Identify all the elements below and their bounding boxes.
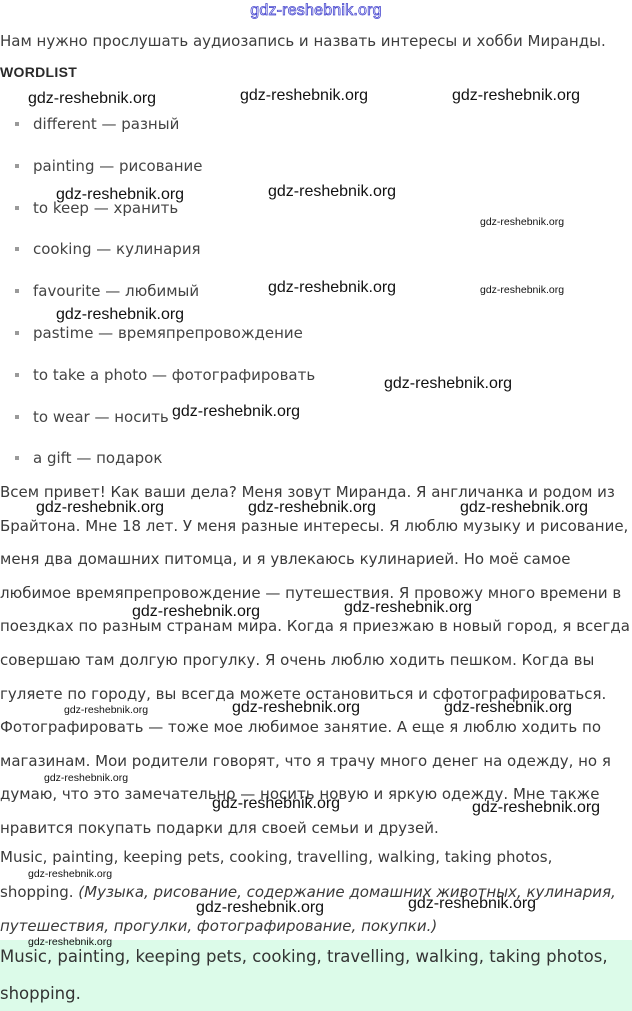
watermark-text: gdz-reshebnik.org (268, 183, 396, 201)
watermark-text: gdz-reshebnik.org (196, 899, 324, 917)
bullet-icon (15, 415, 19, 419)
list-item: cooking — кулинария (0, 238, 315, 280)
answer-box-line: shopping. (0, 984, 81, 1003)
watermark-text: gdz-reshebnik.org (28, 90, 156, 108)
watermark-text: gdz-reshebnik.org (64, 704, 148, 716)
story-line: совершаю там долгую прогулку. Я очень лю… (0, 649, 632, 683)
answer-with-translation: Music, painting, keeping pets, cooking, … (0, 846, 632, 950)
bullet-icon (15, 206, 19, 210)
list-item: to take a photo — фотографировать (0, 364, 315, 406)
bullet-icon (15, 331, 19, 335)
watermark-text: gdz-reshebnik.org (212, 795, 340, 813)
bullet-icon (15, 247, 19, 251)
watermark-text: gdz-reshebnik.org (36, 499, 164, 517)
list-item: different — разный (0, 113, 315, 155)
watermark-text: gdz-reshebnik.org (28, 868, 112, 880)
wordlist-heading: WORDLIST (0, 64, 77, 80)
watermark-text: gdz-reshebnik.org (56, 306, 184, 324)
bullet-icon (15, 164, 19, 168)
story-line: Брайтона. Мне 18 лет. У меня разные инте… (0, 515, 632, 549)
watermark-text: gdz-reshebnik.org (44, 772, 128, 784)
answer-box-line: Music, painting, keeping pets, cooking, … (0, 947, 608, 966)
watermark-text: gdz-reshebnik.org (248, 499, 376, 517)
watermark-text: gdz-reshebnik.org (384, 375, 512, 393)
watermark-text: gdz-reshebnik.org (268, 279, 396, 297)
watermark-text: gdz-reshebnik.org (480, 284, 564, 296)
watermark-text: gdz-reshebnik.org (444, 699, 572, 717)
story-line: меня два домашних питомца, и я увлекаюсь… (0, 548, 632, 582)
story-line: Фотографировать — тоже мое любимое занят… (0, 716, 632, 750)
watermark-text: gdz-reshebnik.org (408, 895, 536, 913)
watermark-text: gdz-reshebnik.org (460, 499, 588, 517)
watermark-text: gdz-reshebnik.org (480, 216, 564, 228)
task-intro: Нам нужно прослушать аудиозапись и назва… (0, 32, 606, 50)
story-line: поездках по разным странам мира. Когда я… (0, 615, 632, 649)
story-line: любимое времяпрепровождение — путешестви… (0, 582, 632, 616)
list-item: pastime — времяпрепровождение (0, 322, 315, 364)
answer-box: Music, painting, keeping pets, cooking, … (0, 940, 632, 1011)
watermark-text: gdz-reshebnik.org (472, 799, 600, 817)
watermark-text: gdz-reshebnik.org (240, 87, 368, 105)
watermark-text: gdz-reshebnik.org (232, 699, 360, 717)
watermark-text: gdz-reshebnik.org (56, 186, 184, 204)
watermark-text: gdz-reshebnik.org (344, 599, 472, 617)
bullet-icon (15, 456, 19, 460)
site-watermark-header: gdz-reshebnik.org (0, 2, 632, 20)
bullet-icon (15, 122, 19, 126)
watermark-text: gdz-reshebnik.org (452, 87, 580, 105)
watermark-text: gdz-reshebnik.org (132, 603, 260, 621)
bullet-icon (15, 289, 19, 293)
bullet-icon (15, 373, 19, 377)
watermark-text: gdz-reshebnik.org (28, 936, 112, 948)
wordlist: different — разный painting — рисование … (0, 113, 315, 489)
watermark-text: gdz-reshebnik.org (172, 403, 300, 421)
